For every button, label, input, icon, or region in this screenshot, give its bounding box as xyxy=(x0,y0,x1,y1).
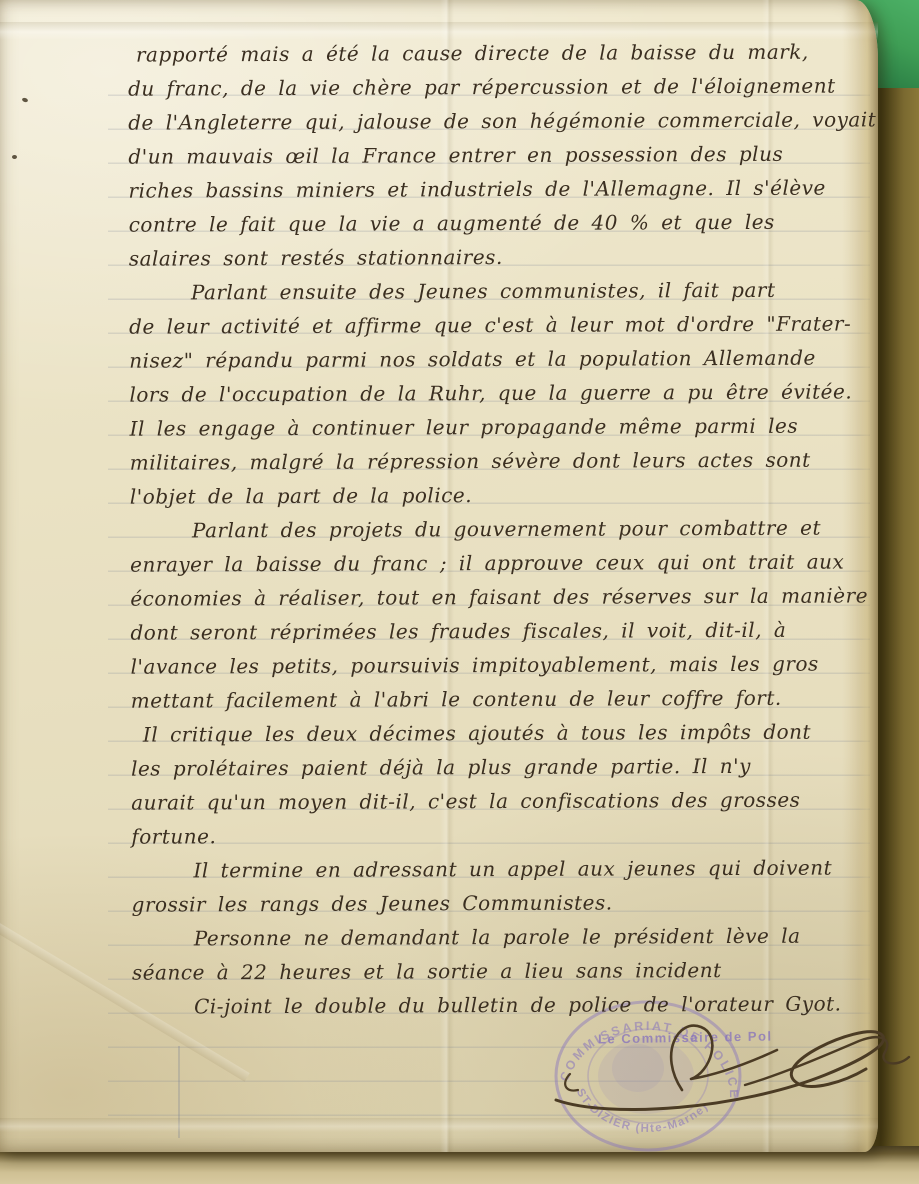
handwritten-line: riches bassins miniers et industriels de… xyxy=(128,170,874,207)
handwritten-line: nisez" répandu parmi nos soldats et la p… xyxy=(129,340,875,377)
handwritten-line: dont seront réprimées les fraudes fiscal… xyxy=(130,612,876,649)
paper-speck xyxy=(12,155,17,159)
handwritten-line: mettant facilement à l'abri le contenu d… xyxy=(131,680,877,717)
handwritten-text: rapporté mais a été la cause directe de … xyxy=(128,34,878,1023)
handwritten-line: fortune. xyxy=(131,816,877,853)
handwritten-line: grossir les rangs des Jeunes Communistes… xyxy=(132,884,878,921)
photographed-document: rapporté mais a été la cause directe de … xyxy=(0,0,919,1184)
margin-line xyxy=(178,1046,180,1138)
handwritten-line: Il les engage à continuer leur propagand… xyxy=(129,408,875,445)
signature xyxy=(540,1012,918,1127)
document-page: rapporté mais a été la cause directe de … xyxy=(0,0,878,1152)
handwritten-line: contre le fait que la vie a augmenté de … xyxy=(129,204,875,241)
handwritten-line: militaires, malgré la répression sévère … xyxy=(130,442,876,479)
handwritten-line: les prolétaires paient déjà la plus gran… xyxy=(131,748,877,785)
handwritten-line: d'un mauvais œil la France entrer en pos… xyxy=(128,136,874,173)
handwritten-line: Parlant des projets du gouvernement pour… xyxy=(130,510,876,547)
handwritten-line: du franc, de la vie chère par répercussi… xyxy=(128,68,874,105)
handwritten-line: aurait qu'un moyen dit-il, c'est la conf… xyxy=(131,782,877,819)
handwritten-line: économies à réaliser, tout en faisant de… xyxy=(130,578,876,615)
handwritten-line: l'avance les petits, poursuivis impitoya… xyxy=(131,646,877,683)
handwritten-line: Personne ne demandant la parole le prési… xyxy=(132,918,878,955)
handwritten-line: enrayer la baisse du franc ; il approuve… xyxy=(130,544,876,581)
handwritten-line: séance à 22 heures et la sortie a lieu s… xyxy=(132,952,878,989)
handwritten-line: lors de l'occupation de la Ruhr, que la … xyxy=(129,374,875,411)
paper-speck xyxy=(21,97,28,103)
handwritten-line: Parlant ensuite des Jeunes communistes, … xyxy=(129,272,875,309)
handwritten-line: de leur activité et affirme que c'est à … xyxy=(129,306,875,343)
handwritten-line: de l'Angleterre qui, jalouse de son hégé… xyxy=(128,102,874,139)
handwritten-line: salaires sont restés stationnaires. xyxy=(129,238,875,275)
handwritten-line: Il termine en adressant un appel aux jeu… xyxy=(131,850,877,887)
handwritten-line: Il critique les deux décimes ajoutés à t… xyxy=(131,714,877,751)
handwritten-line: rapporté mais a été la cause directe de … xyxy=(128,34,874,71)
handwritten-line: l'objet de la part de la police. xyxy=(130,476,876,513)
